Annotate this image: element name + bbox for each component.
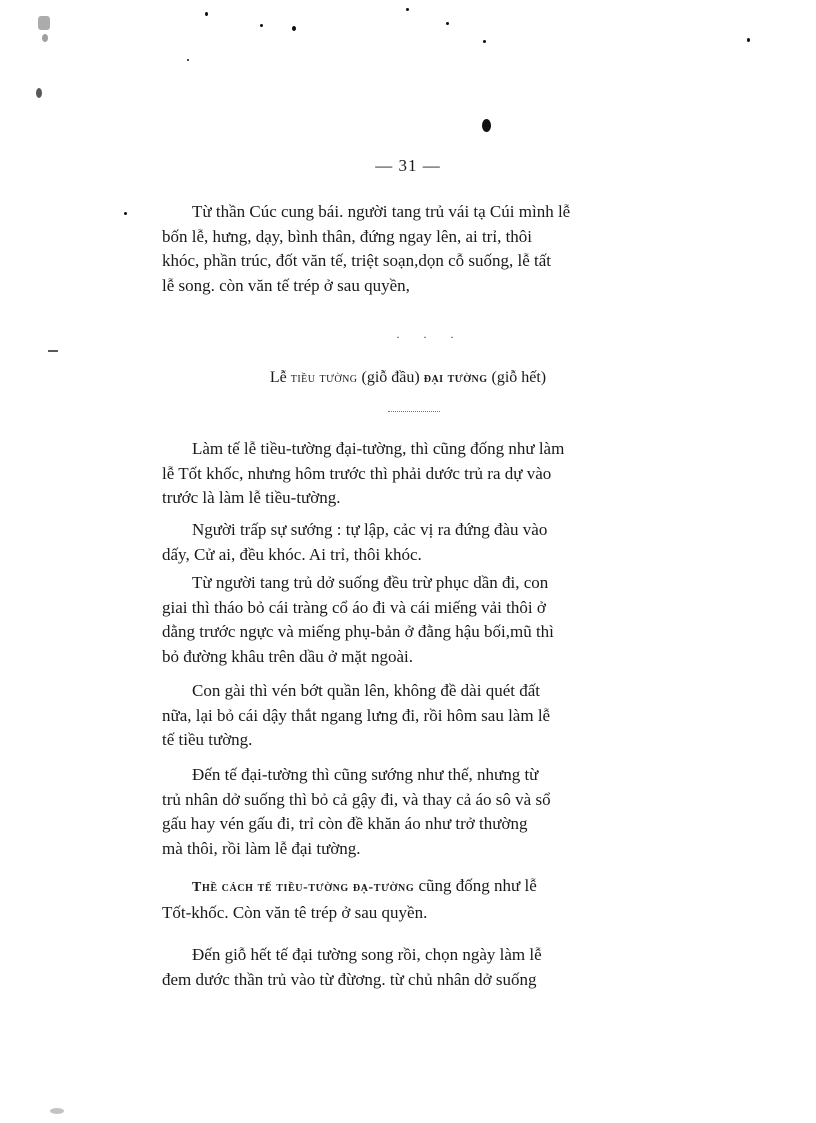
text-line: bốn lễ, hưng, dạy, bình thân, đứng ngay … <box>162 225 686 250</box>
text-line: bỏ đường khâu trên dầu ở mặt ngoài. <box>162 645 686 670</box>
text-line: tế tiều tường. <box>162 728 686 753</box>
text-line: dấy, Cử ai, đều khóc. Ai trỉ, thôi khóc. <box>162 543 686 568</box>
text-line: lễ Tốt khốc, nhưng hôm trước thì phải dư… <box>162 462 686 487</box>
intro-paragraph: Từ thần Cúc cung bái. người tang trủ vái… <box>162 200 686 298</box>
text-line: dằng trước ngực và miếng phụ-bản ở đằng … <box>162 620 686 645</box>
page-number: — 31 — <box>0 156 816 176</box>
text-line: trước là làm lễ tiều-tường. <box>162 486 686 511</box>
text-line: trủ nhân dở suống thì bỏ cả gậy đi, và t… <box>162 788 686 813</box>
paragraph-3: Từ người tang trủ dở suống đều trừ phục … <box>162 571 686 669</box>
paragraph-5: Đến tế đại-tường thì cũng sướng như thế,… <box>162 763 686 861</box>
paragraph-2: Người trấp sự sướng : tự lập, cảc vị ra … <box>162 518 686 567</box>
text-line: Người trấp sự sướng : tự lập, cảc vị ra … <box>162 518 686 543</box>
heading-tieu-tuong: tiều tường <box>291 371 358 386</box>
ornament-dots: · · · <box>396 330 464 345</box>
text-fragment: cũng đống như lễ <box>414 876 537 895</box>
paragraph-1: Làm tế lễ tiều-tường đại-tường, thì cũng… <box>162 437 686 511</box>
text-line: Con gài thì vén bớt quần lên, không đề d… <box>162 679 686 704</box>
text-line: đem dước thần trủ vào từ đừơng. từ chủ n… <box>162 968 686 993</box>
section-heading: Lễ tiều tường (giỗ đầu) đại tường (giỗ h… <box>0 369 816 387</box>
text-line: nữa, lại bỏ cái dậy thắt ngang lưng đi, … <box>162 704 686 729</box>
text-line: gấu hay vén gấu đi, trỉ còn đề khăn áo n… <box>162 812 686 837</box>
text-line: giai thì tháo bỏ cái tràng cổ áo đi và c… <box>162 596 686 621</box>
heading-paren-1: (giỗ đầu) <box>362 369 420 386</box>
text-line: Làm tế lễ tiều-tường đại-tường, thì cũng… <box>162 437 686 462</box>
text-line: lễ song. còn văn tế trép ở sau quyền, <box>162 274 686 299</box>
heading-paren-2: (giỗ hết) <box>491 369 546 386</box>
text-line: mà thôi, rồi làm lễ đại tường. <box>162 837 686 862</box>
paragraph-6: Thề cách tế tiều-tường đạ-tường cũng đốn… <box>162 874 686 925</box>
lead-small-caps: Thề cách tế tiều-tường đạ-tường <box>192 880 414 895</box>
text-line: Tốt-khốc. Còn văn tê trép ở sau quyền. <box>162 901 686 926</box>
text-line: khóc, phần trúc, đốt văn tế, triệt soạn,… <box>162 249 686 274</box>
text-line: Đến giỗ hết tế đại tường song rồi, chọn … <box>162 943 686 968</box>
paragraph-4: Con gài thì vén bớt quần lên, không đề d… <box>162 679 686 753</box>
heading-rule <box>388 411 440 413</box>
text-line: Thề cách tế tiều-tường đạ-tường cũng đốn… <box>162 874 686 901</box>
text-line: Đến tế đại-tường thì cũng sướng như thế,… <box>162 763 686 788</box>
heading-dai-tuong: đại tường <box>424 371 488 386</box>
text-line: Từ thần Cúc cung bái. người tang trủ vái… <box>162 200 686 225</box>
text-line: Từ người tang trủ dở suống đều trừ phục … <box>162 571 686 596</box>
paragraph-7: Đến giỗ hết tế đại tường song rồi, chọn … <box>162 943 686 992</box>
heading-prefix: Lễ <box>270 369 287 386</box>
